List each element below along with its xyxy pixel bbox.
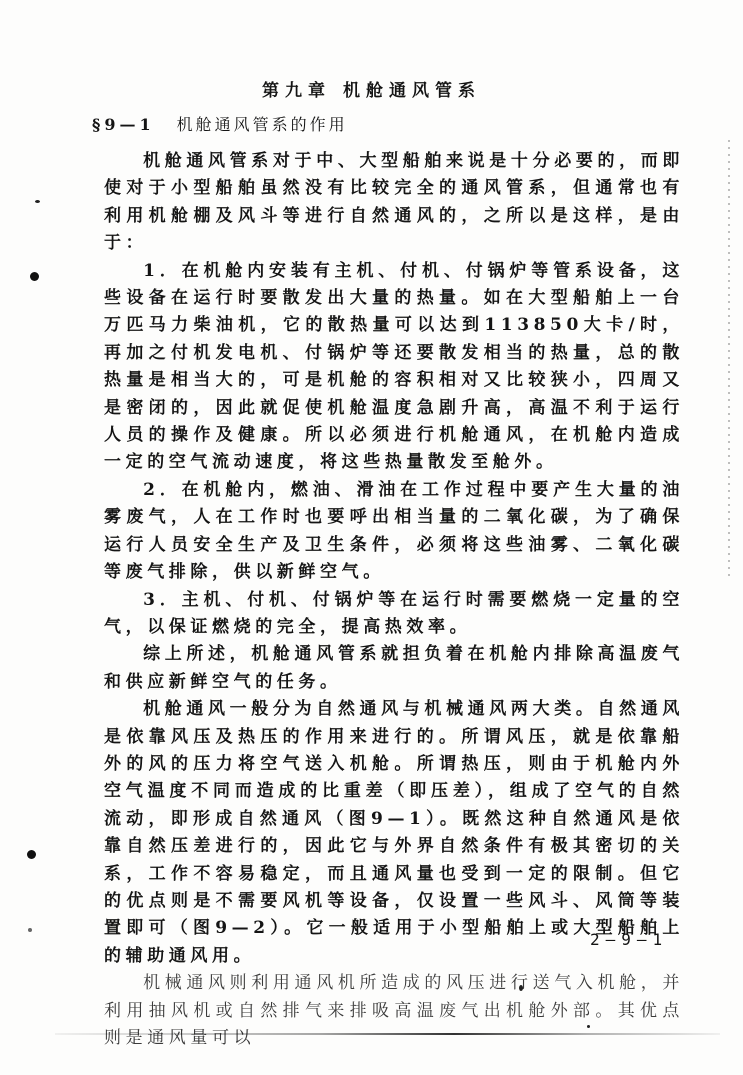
- binding-hole-mark: [27, 850, 36, 859]
- paragraph-mechanical-ventilation: 机械通风则利用通风机所造成的风压进行送气入机舱，并利用抽风机或自然排气来排吸高温…: [104, 970, 684, 1052]
- scan-speck: [587, 1025, 590, 1028]
- scan-speck: [35, 200, 40, 203]
- paragraph-point-2: 2．在机舱内，燃油、滑油在工作过程中要产生大量的油雾废气，人在工作时也要呼出相当…: [104, 477, 684, 587]
- paragraph-point-1: 1．在机舱内安装有主机、付机、付锅炉等管系设备，这些设备在运行时要散发出大量的热…: [104, 258, 684, 477]
- chapter-title: 第九章 机舱通风管系: [0, 76, 743, 101]
- paragraph-point-3: 3．主机、付机、付锅炉等在运行时需要燃烧一定量的空气，以保证燃烧的完全，提高热效…: [104, 587, 684, 642]
- paragraph-summary: 综上所述，机舱通风管系就担负着在机舱内排除高温废气和供应新鲜空气的任务。: [104, 641, 684, 696]
- body-text: 机舱通风管系对于中、大型船舶来说是十分必要的，而即使对于小型船舶虽然没有比较完全…: [104, 148, 684, 1052]
- scan-speck: [28, 928, 32, 932]
- binding-hole-mark: [30, 272, 39, 281]
- page-number: 2—9—1: [590, 930, 668, 949]
- section-number: §9—1: [92, 115, 155, 134]
- scanned-page: 第九章 机舱通风管系 §9—1机舱通风管系的作用 机舱通风管系对于中、大型船舶来…: [0, 0, 743, 1075]
- section-heading: §9—1机舱通风管系的作用: [92, 112, 348, 135]
- scan-speck: [519, 985, 523, 991]
- section-title: 机舱通风管系的作用: [177, 115, 348, 134]
- paragraph-intro: 机舱通风管系对于中、大型船舶来说是十分必要的，而即使对于小型船舶虽然没有比较完全…: [104, 148, 684, 258]
- bottom-edge-line: [55, 1033, 720, 1035]
- page-edge-shadow: [728, 140, 730, 580]
